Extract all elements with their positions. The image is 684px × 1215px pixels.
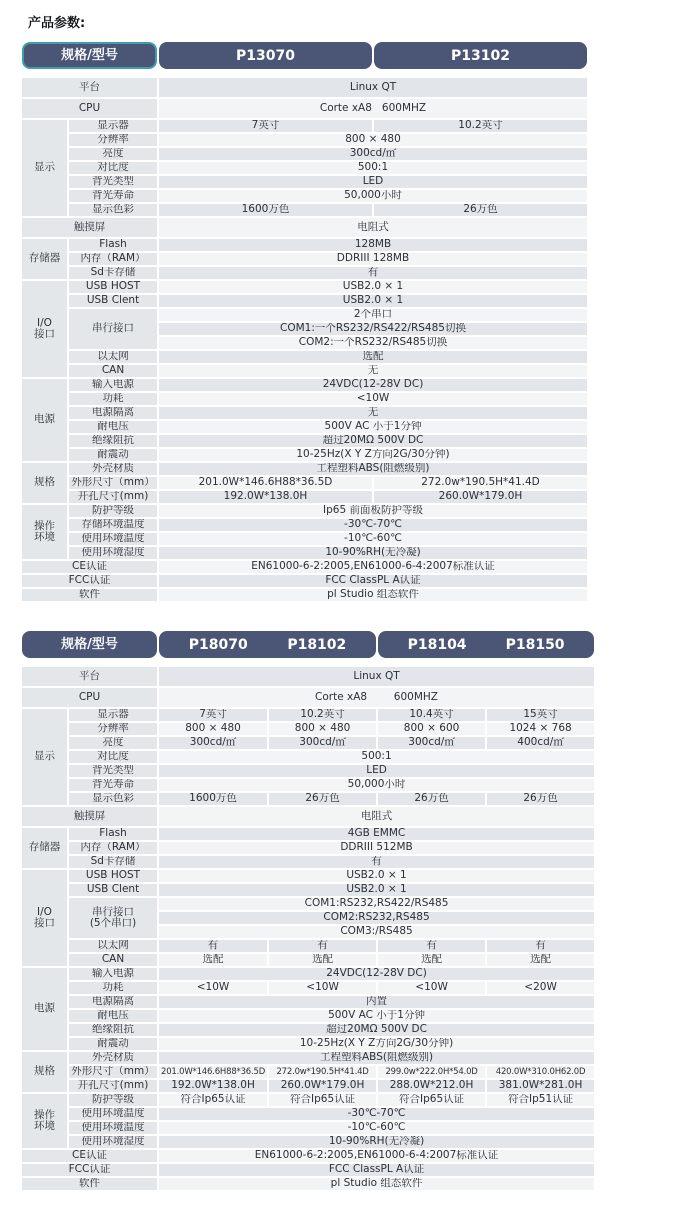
model-label: P13102	[451, 49, 510, 63]
group-label: 存储器	[22, 828, 67, 868]
row-label: CPU	[22, 688, 157, 707]
spec-value: pl Studio 组态软件	[159, 1178, 594, 1190]
row-label: 背光寿命	[69, 779, 157, 791]
row-label: FCC认证	[22, 1164, 157, 1176]
spec-value: FCC ClassPL A认证	[159, 1164, 594, 1176]
spec-value: 272.0w*190.5H*41.4D	[374, 477, 587, 489]
corner-header-cell: 规格/型号	[22, 42, 157, 76]
spec-value: 工程塑料ABS(阻燃级别)	[159, 1052, 594, 1064]
spec-value: 300cd/㎡	[269, 737, 376, 749]
spec-value: 有	[159, 940, 267, 952]
spec-table-1: 规格/型号P13070P13102平台Linux QTCPUCorte xA8 …	[20, 40, 684, 603]
spec-value: 超过20MΩ 500V DC	[159, 435, 587, 447]
spec-value: 128MB	[159, 239, 587, 251]
row-label: 使用环境温度	[69, 1122, 157, 1134]
group-label: 规格	[22, 463, 67, 503]
spec-value: LED	[159, 765, 594, 777]
row-label: FCC认证	[22, 575, 157, 587]
page: 产品参数: 规格/型号P13070P13102平台Linux QTCPUCort…	[0, 0, 684, 1192]
spec-value: 26万色	[374, 204, 587, 216]
group-label: 显示	[22, 120, 67, 216]
group-label: 操作 环境	[22, 505, 67, 559]
spec-value: 10-25Hz(X Y Z方向2G/30分钟)	[159, 449, 587, 461]
spec-value: 800 × 480	[159, 134, 587, 146]
row-label: 使用环境温度	[69, 533, 157, 545]
spec-value: 192.0W*138.0H	[159, 491, 372, 503]
row-label: 功耗	[69, 982, 157, 994]
spec-value: <10W	[159, 982, 267, 994]
spec-value: 260.0W*179.0H	[374, 491, 587, 503]
spec-value: pl Studio 组态软件	[159, 589, 587, 601]
spec-value: USB2.0 × 1	[159, 295, 587, 307]
spec-value: 7英寸	[159, 120, 372, 132]
spec-value: 符合Ip65认证	[159, 1094, 267, 1106]
spec-value: LED	[159, 176, 587, 188]
spec-value: FCC ClassPL A认证	[159, 575, 587, 587]
row-label: USB HOST	[69, 870, 157, 882]
spec-value: <20W	[487, 982, 594, 994]
spec-value: 300cd/㎡	[159, 148, 587, 160]
spec-value: 192.0W*138.0H	[159, 1080, 267, 1092]
spec-value: Linux QT	[159, 667, 594, 686]
row-label: 显示色彩	[69, 204, 157, 216]
spec-value: USB2.0 × 1	[159, 884, 594, 896]
row-label: 绝缘阻抗	[69, 435, 157, 447]
row-label: 平台	[22, 78, 157, 97]
row-label: 对比度	[69, 751, 157, 763]
row-label: CE认证	[22, 561, 157, 573]
row-label: 外壳材质	[69, 463, 157, 475]
spec-value: EN61000-6-2:2005,EN61000-6-4:2007标准认证	[159, 561, 587, 573]
spec-value: DDRIII 128MB	[159, 253, 587, 265]
spec-value: <10W	[269, 982, 376, 994]
row-label: 软件	[22, 589, 157, 601]
row-label: 背光寿命	[69, 190, 157, 202]
row-label: 功耗	[69, 393, 157, 405]
spec-value: COM2:RS232,RS485	[159, 912, 594, 924]
spec-value: 800 × 480	[269, 723, 376, 735]
spec-value: 符合Ip65认证	[269, 1094, 376, 1106]
model-header-cell: P13070	[159, 42, 372, 76]
spec-value: 1600万色	[159, 204, 372, 216]
model-pill: P13102	[374, 42, 587, 69]
row-label: Flash	[69, 828, 157, 840]
spec-value: 有	[159, 267, 587, 279]
row-label: 存储环境温度	[69, 519, 157, 531]
spec-value: 300cd/㎡	[378, 737, 485, 749]
spec-table-p18: 规格/型号P18070P18102P18104P18150平台Linux QTC…	[20, 629, 596, 1192]
spec-value: 288.0W*212.0H	[378, 1080, 485, 1092]
spec-value: 272.0w*190.5H*41.4D	[269, 1066, 376, 1078]
row-label: 防护等级	[69, 1094, 157, 1106]
spec-value: 400cd/㎡	[487, 737, 594, 749]
spec-value: 选配	[159, 351, 587, 363]
row-label: 耐电压	[69, 1010, 157, 1022]
spec-value: 10.2英寸	[374, 120, 587, 132]
spec-value: 10-90%RH(无冷凝)	[159, 547, 587, 559]
spec-value: -10℃-60℃	[159, 533, 587, 545]
row-label: 输入电源	[69, 968, 157, 980]
spec-value: COM1:一个RS232/RS422/RS485切换	[159, 323, 587, 335]
row-label: 电源隔离	[69, 407, 157, 419]
spec-value: -30℃-70℃	[159, 1108, 594, 1120]
spec-value: 300cd/㎡	[159, 737, 267, 749]
spec-table-p13: 规格/型号P13070P13102平台Linux QTCPUCorte xA8 …	[20, 40, 589, 603]
row-label: 触摸屏	[22, 218, 157, 237]
row-label: Sd卡存储	[69, 856, 157, 868]
spec-value: 260.0W*179.0H	[269, 1080, 376, 1092]
spec-value: 选配	[159, 954, 267, 966]
row-label: 使用环境湿度	[69, 547, 157, 559]
row-label: CAN	[69, 365, 157, 377]
spec-value: 无	[159, 365, 587, 377]
spec-value: Corte xA8 600MHZ	[159, 688, 594, 707]
spec-value: Ip65 前面板防护等级	[159, 505, 587, 517]
model-label: P18070	[189, 638, 248, 652]
group-label: 规格	[22, 1052, 67, 1092]
row-label: 内存（RAM）	[69, 842, 157, 854]
row-label: 防护等级	[69, 505, 157, 517]
row-label: 以太网	[69, 940, 157, 952]
row-label: CPU	[22, 99, 157, 118]
page-title: 产品参数:	[28, 12, 684, 31]
spec-value: 有	[159, 856, 594, 868]
row-label: 开孔尺寸(mm)	[69, 491, 157, 503]
spec-value: 26万色	[487, 793, 594, 805]
spec-value: -10℃-60℃	[159, 1122, 594, 1134]
row-label: 开孔尺寸(mm)	[69, 1080, 157, 1092]
spec-value: 超过20MΩ 500V DC	[159, 1024, 594, 1036]
model-pill: P18104P18150	[378, 631, 594, 658]
spec-value: 24VDC(12-28V DC)	[159, 968, 594, 980]
group-label: 操作 环境	[22, 1094, 67, 1148]
spec-value: 4GB EMMC	[159, 828, 594, 840]
row-label: 串行接口	[69, 309, 157, 349]
row-label: 触摸屏	[22, 807, 157, 826]
row-label: 外壳材质	[69, 1052, 157, 1064]
row-label: 显示器	[69, 120, 157, 132]
spec-value: 选配	[269, 954, 376, 966]
spec-value: 工程塑料ABS(阻燃级别)	[159, 463, 587, 475]
row-label: 以太网	[69, 351, 157, 363]
model-header-cell: P18104P18150	[378, 631, 594, 665]
row-label: 耐电压	[69, 421, 157, 433]
spec-value: 7英寸	[159, 709, 267, 721]
spec-value: 500V AC 小于1分钟	[159, 421, 587, 433]
row-label: 耐震动	[69, 449, 157, 461]
row-label: 亮度	[69, 148, 157, 160]
spec-value: 50,000小时	[159, 779, 594, 791]
row-label: CE认证	[22, 1150, 157, 1162]
spec-value: 800 × 480	[159, 723, 267, 735]
corner-header-cell: 规格/型号	[22, 631, 157, 665]
row-label: USB Clent	[69, 295, 157, 307]
spec-value: COM3:/RS485	[159, 926, 594, 938]
spec-value: 有	[487, 940, 594, 952]
spec-value: 10.2英寸	[269, 709, 376, 721]
group-label: 显示	[22, 709, 67, 805]
row-label: 分辨率	[69, 723, 157, 735]
row-label: 背光类型	[69, 176, 157, 188]
spec-value: 50,000小时	[159, 190, 587, 202]
row-label: 对比度	[69, 162, 157, 174]
spec-value: 15英寸	[487, 709, 594, 721]
row-label: 使用环境温度	[69, 1108, 157, 1120]
spec-value: 内置	[159, 996, 594, 1008]
spec-value: 500V AC 小于1分钟	[159, 1010, 594, 1022]
row-label: 输入电源	[69, 379, 157, 391]
spec-value: 无	[159, 407, 587, 419]
spec-value: 26万色	[269, 793, 376, 805]
corner-pill: 规格/型号	[22, 42, 157, 69]
row-label: 亮度	[69, 737, 157, 749]
spec-value: -30℃-70℃	[159, 519, 587, 531]
model-label: P18102	[287, 638, 346, 652]
row-label: 背光类型	[69, 765, 157, 777]
model-header-cell: P13102	[374, 42, 587, 76]
spec-value: EN61000-6-2:2005,EN61000-6-4:2007标准认证	[159, 1150, 594, 1162]
spec-value: 299.0w*222.0H*54.0D	[378, 1066, 485, 1078]
group-label: 电源	[22, 379, 67, 461]
row-label: 显示器	[69, 709, 157, 721]
spec-value: 500:1	[159, 751, 594, 763]
model-label: P13070	[236, 49, 295, 63]
spec-value: 有	[269, 940, 376, 952]
row-label: 串行接口 (5个串口)	[69, 898, 157, 938]
group-label: 存储器	[22, 239, 67, 279]
spec-value: 电阻式	[159, 807, 594, 826]
spec-value: 381.0W*281.0H	[487, 1080, 594, 1092]
model-header-cell: P18070P18102	[159, 631, 376, 665]
spec-value: USB2.0 × 1	[159, 870, 594, 882]
model-pill: P18070P18102	[159, 631, 376, 658]
model-label: P18150	[506, 638, 565, 652]
row-label: Flash	[69, 239, 157, 251]
spec-value: 201.0W*146.6H88*36.5D	[159, 1066, 267, 1078]
spec-value: 有	[378, 940, 485, 952]
spec-value: 电阻式	[159, 218, 587, 237]
spec-value: 10.4英寸	[378, 709, 485, 721]
spec-value: DDRIII 512MB	[159, 842, 594, 854]
row-label: USB Clent	[69, 884, 157, 896]
spec-value: 26万色	[378, 793, 485, 805]
spec-value: 800 × 600	[378, 723, 485, 735]
spec-value: 10-90%RH(无冷凝)	[159, 1136, 594, 1148]
spec-value: USB2.0 × 1	[159, 281, 587, 293]
spec-value: <10W	[159, 393, 587, 405]
row-label: 外形尺寸（mm）	[69, 1066, 157, 1078]
row-label: Sd卡存储	[69, 267, 157, 279]
spec-value: 10-25Hz(X Y Z方向2G/30分钟)	[159, 1038, 594, 1050]
row-label: 耐震动	[69, 1038, 157, 1050]
row-label: USB HOST	[69, 281, 157, 293]
row-label: 分辨率	[69, 134, 157, 146]
group-label: 电源	[22, 968, 67, 1050]
row-label: 显示色彩	[69, 793, 157, 805]
spec-value: Corte xA8 600MHZ	[159, 99, 587, 118]
spec-value: <10W	[378, 982, 485, 994]
group-label: I/O 接口	[22, 870, 67, 966]
spec-value: Linux QT	[159, 78, 587, 97]
spec-value: 1024 × 768	[487, 723, 594, 735]
model-pill: P13070	[159, 42, 372, 69]
row-label: 使用环境湿度	[69, 1136, 157, 1148]
spec-value: 符合Ip65认证	[378, 1094, 485, 1106]
row-label: 绝缘阻抗	[69, 1024, 157, 1036]
spec-value: 2个串口	[159, 309, 587, 321]
model-label: P18104	[408, 638, 467, 652]
spec-value: 500:1	[159, 162, 587, 174]
spec-value: 420.0W*310.0H62.0D	[487, 1066, 594, 1078]
spec-value: 24VDC(12-28V DC)	[159, 379, 587, 391]
spec-value: 201.0W*146.6H88*36.5D	[159, 477, 372, 489]
row-label: CAN	[69, 954, 157, 966]
corner-pill: 规格/型号	[22, 631, 157, 658]
spec-value: COM1:RS232,RS422/RS485	[159, 898, 594, 910]
row-label: 外形尺寸（mm）	[69, 477, 157, 489]
spec-value: 选配	[378, 954, 485, 966]
spec-table-2: 规格/型号P18070P18102P18104P18150平台Linux QTC…	[20, 629, 684, 1192]
row-label: 软件	[22, 1178, 157, 1190]
spec-value: 1600万色	[159, 793, 267, 805]
spec-value: 符合Ip51认证	[487, 1094, 594, 1106]
spec-value: 选配	[487, 954, 594, 966]
row-label: 平台	[22, 667, 157, 686]
row-label: 内存（RAM）	[69, 253, 157, 265]
group-label: I/O 接口	[22, 281, 67, 377]
row-label: 电源隔离	[69, 996, 157, 1008]
spec-value: COM2:一个RS232/RS485切换	[159, 337, 587, 349]
